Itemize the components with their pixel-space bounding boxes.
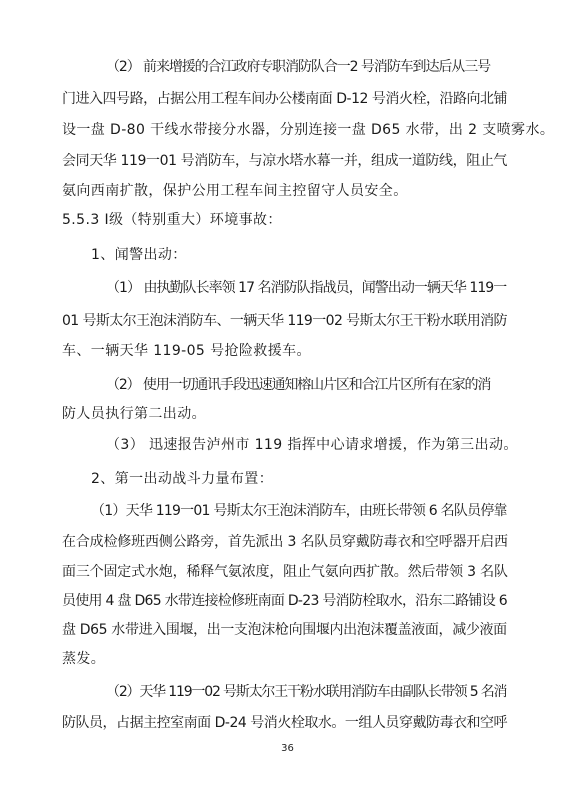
paragraph-line: 设一盘 D-80 干线水带接分水器，分别连接一盘 D65 水带，出 2 支喷雾水… xyxy=(62,121,510,139)
paragraph-line: 5.5.3 Ⅰ级（特别重大）环境事故： xyxy=(62,211,510,229)
paragraph-line: 员使用 4 盘 D65 水带连接检修班南面 D-23 号消防栓取水，沿东二路铺设… xyxy=(62,592,510,610)
paragraph-line: 门进入四号路，占据公用工程车间办公楼南面 D-12 号消火栓，沿路向北铺 xyxy=(62,90,510,108)
paragraph-line: 车、一辆天华 119-05 号抢险救援车。 xyxy=(62,342,510,360)
paragraph-line: （2） 使用一切通讯手段迅速通知榕山片区和合江片区所有在家的消 xyxy=(106,376,554,394)
paragraph-line: 2、第一出动战斗力量布置： xyxy=(91,470,539,488)
paragraph-line: 蒸发。 xyxy=(62,650,510,668)
paragraph-line: （3） 迅速报告泸州市 119 指挥中心请求增援，作为第三出动。 xyxy=(106,436,554,454)
paragraph-line: 1、闻警出动： xyxy=(91,246,539,264)
document-page: （2） 前来增援的合江政府专职消防队合一2 号消防车到达后从三号门进入四号路，占… xyxy=(0,0,575,810)
paragraph-line: （1）天华 119一01 号斯太尔王泡沫消防车，由班长带领 6 名队员停靠 xyxy=(91,502,539,520)
paragraph-line: 在合成检修班西侧公路旁，首先派出 3 名队员穿戴防毒衣和空呼器开启西 xyxy=(62,533,510,551)
paragraph-line: （2）天华 119一02 号斯太尔王干粉水联用消防车由副队长带领 5 名消 xyxy=(106,683,554,701)
page-number: 36 xyxy=(0,743,575,754)
paragraph-line: 面三个固定式水炮，稀释气氨浓度，阻止气氨向西扩散。然后带领 3 名队 xyxy=(62,563,510,581)
paragraph-line: 会同天华 119一01 号消防车，与凉水塔水幕一并，组成一道防线，阻止气 xyxy=(62,152,510,170)
paragraph-line: 防人员执行第二出动。 xyxy=(62,405,510,423)
paragraph-line: 氨向西南扩散，保护公用工程车间主控留守人员安全。 xyxy=(62,182,510,200)
paragraph-line: 盘 D65 水带进入围堰，出一支泡沫枪向围堰内出泡沫覆盖液面，减少液面 xyxy=(62,621,510,639)
paragraph-line: （1） 由执勤队长率领 17 名消防队指战员，闻警出动一辆天华 119一 xyxy=(106,279,554,297)
paragraph-line: 防队员，占据主控室南面 D-24 号消火栓取水。一组人员穿戴防毒衣和空呼 xyxy=(62,714,510,732)
paragraph-line: 01 号斯太尔王泡沫消防车、一辆天华 119一02 号斯太尔王干粉水联用消防 xyxy=(62,312,510,330)
paragraph-line: （2） 前来增援的合江政府专职消防队合一2 号消防车到达后从三号 xyxy=(106,58,554,76)
